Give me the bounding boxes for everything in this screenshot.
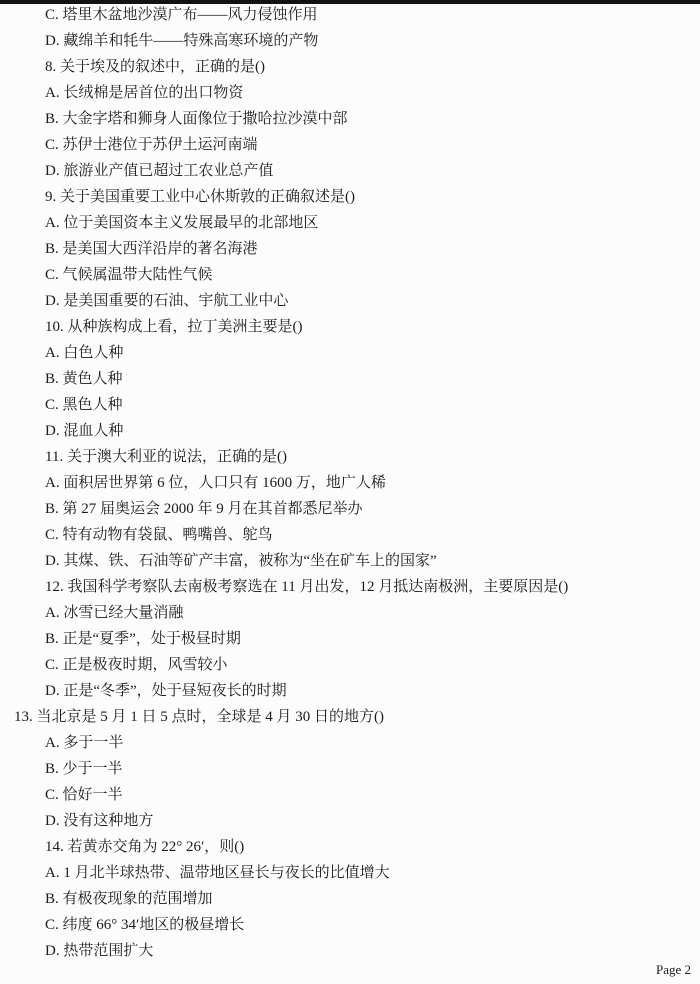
text-line: A. 面积居世界第 6 位，人口只有 1600 万，地广人稀 (0, 470, 700, 496)
text-line: D. 正是“冬季”，处于昼短夜长的时期 (0, 678, 700, 704)
text-line: D. 热带范围扩大 (0, 938, 700, 964)
text-line: B. 有极夜现象的范围增加 (0, 886, 700, 912)
text-line: B. 黄色人种 (0, 366, 700, 392)
text-line: B. 少于一半 (0, 756, 700, 782)
text-line: D. 混血人种 (0, 418, 700, 444)
text-line: C. 纬度 66° 34′地区的极昼增长 (0, 912, 700, 938)
text-line: 10. 从种族构成上看，拉丁美洲主要是() (0, 314, 700, 340)
text-line: 13. 当北京是 5 月 1 日 5 点时，全球是 4 月 30 日的地方() (0, 704, 700, 730)
text-line: D. 其煤、铁、石油等矿产丰富，被称为“坐在矿车上的国家” (0, 548, 700, 574)
text-line: C. 恰好一半 (0, 782, 700, 808)
text-line: 14. 若黄赤交角为 22° 26′，则() (0, 834, 700, 860)
text-line: C. 黑色人种 (0, 392, 700, 418)
page-number: Page 2 (656, 962, 691, 978)
text-line: C. 苏伊士港位于苏伊土运河南端 (0, 132, 700, 158)
text-line: C. 特有动物有袋鼠、鸭嘴兽、鸵鸟 (0, 522, 700, 548)
text-line: B. 第 27 届奥运会 2000 年 9 月在其首都悉尼举办 (0, 496, 700, 522)
exam-text: C. 塔里木盆地沙漠广布——风力侵蚀作用D. 藏绵羊和牦牛——特殊高寒环境的产物… (0, 2, 700, 964)
text-line: 12. 我国科学考察队去南极考察选在 11 月出发，12 月抵达南极洲，主要原因… (0, 574, 700, 600)
text-line: D. 是美国重要的石油、宇航工业中心 (0, 288, 700, 314)
text-line: D. 旅游业产值已超过工农业总产值 (0, 158, 700, 184)
text-line: A. 位于美国资本主义发展最早的北部地区 (0, 210, 700, 236)
text-line: B. 正是“夏季”，处于极昼时期 (0, 626, 700, 652)
text-line: A. 多于一半 (0, 730, 700, 756)
text-line: A. 冰雪已经大量消融 (0, 600, 700, 626)
text-line: 8. 关于埃及的叙述中，正确的是() (0, 54, 700, 80)
text-line: A. 1 月北半球热带、温带地区昼长与夜长的比值增大 (0, 860, 700, 886)
text-line: A. 白色人种 (0, 340, 700, 366)
text-line: 9. 关于美国重要工业中心休斯敦的正确叙述是() (0, 184, 700, 210)
text-line: C. 气候属温带大陆性气候 (0, 262, 700, 288)
text-line: B. 是美国大西洋沿岸的著名海港 (0, 236, 700, 262)
text-line: B. 大金字塔和狮身人面像位于撒哈拉沙漠中部 (0, 106, 700, 132)
text-line: D. 没有这种地方 (0, 808, 700, 834)
text-line: C. 塔里木盆地沙漠广布——风力侵蚀作用 (0, 2, 700, 28)
text-line: C. 正是极夜时期，风雪较小 (0, 652, 700, 678)
text-line: D. 藏绵羊和牦牛——特殊高寒环境的产物 (0, 28, 700, 54)
text-line: 11. 关于澳大利亚的说法，正确的是() (0, 444, 700, 470)
document-page: C. 塔里木盆地沙漠广布——风力侵蚀作用D. 藏绵羊和牦牛——特殊高寒环境的产物… (0, 0, 700, 984)
text-line: A. 长绒棉是居首位的出口物资 (0, 80, 700, 106)
